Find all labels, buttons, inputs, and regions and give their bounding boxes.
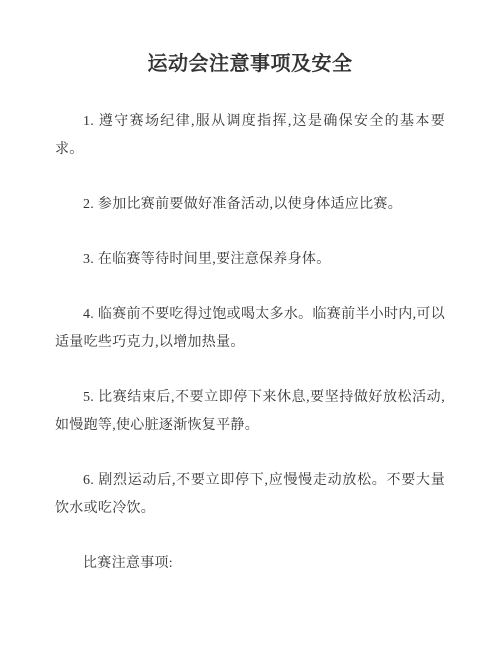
section-label-notes: 比赛注意事项: — [55, 550, 445, 578]
paragraph-rule-6: 6. 剧烈运动后,不要立即停下,应慢慢走动放松。不要大量饮水或吃冷饮。 — [55, 467, 445, 523]
paragraph-rule-3: 3. 在临赛等待时间里,要注意保养身体。 — [55, 246, 445, 274]
document-title: 运动会注意事项及安全 — [55, 50, 445, 78]
paragraph-rule-2: 2. 参加比赛前要做好准备活动,以使身体适应比赛。 — [55, 191, 445, 219]
document-page: 运动会注意事项及安全 1. 遵守赛场纪律,服从调度指挥,这是确保安全的基本要求。… — [0, 0, 500, 647]
paragraph-rule-4: 4. 临赛前不要吃得过饱或喝太多水。临赛前半小时内,可以适量吃些巧克力,以增加热… — [55, 301, 445, 357]
paragraph-rule-5: 5. 比赛结束后,不要立即停下来休息,要坚持做好放松活动,如慢跑等,使心脏逐渐恢… — [55, 384, 445, 440]
paragraph-rule-1: 1. 遵守赛场纪律,服从调度指挥,这是确保安全的基本要求。 — [55, 108, 445, 164]
